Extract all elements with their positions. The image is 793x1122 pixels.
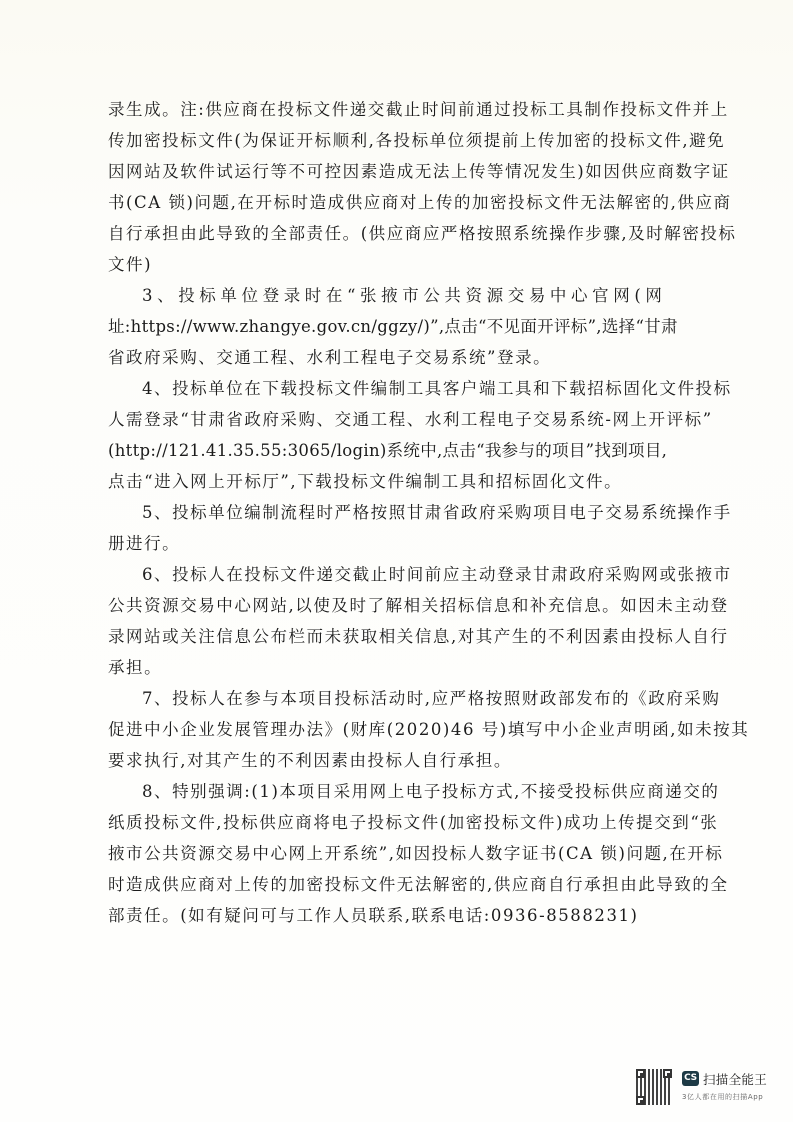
camscanner-watermark: CS 扫描全能王 3亿人都在用的扫描App: [634, 1067, 784, 1109]
text-line: 8、特别强调:(1)本项目采用网上电子投标方式,不接受投标供应商递交的: [108, 776, 634, 807]
text-line: 文件): [108, 249, 634, 280]
paragraph-item-4: 4、投标单位在下载投标文件编制工具客户端工具和下载招标固化文件投标 人需登录“甘…: [108, 373, 634, 497]
text-line: 部责任。(如有疑问可与工作人员联系,联系电话:0936-8588231): [108, 900, 634, 931]
paragraph-item-7: 7、投标人在参与本项目投标活动时,应严格按照财政部发布的《政府采购 促进中小企业…: [108, 683, 634, 776]
paragraph-item-5: 5、投标单位编制流程时严格按照甘肃省政府采购项目电子交易系统操作手 册进行。: [108, 497, 634, 559]
text-line: 4、投标单位在下载投标文件编制工具客户端工具和下载招标固化文件投标: [108, 373, 634, 404]
paragraph-continuation: 录生成。注:供应商在投标文件递交截止时间前通过投标工具制作投标文件并上 传加密投…: [108, 94, 634, 280]
scanned-document-page: 录生成。注:供应商在投标文件递交截止时间前通过投标工具制作投标文件并上 传加密投…: [0, 0, 793, 1122]
text-line: 要求执行,对其产生的不利因素由投标人自行承担。: [108, 745, 634, 776]
text-line: 录生成。注:供应商在投标文件递交截止时间前通过投标工具制作投标文件并上: [108, 94, 634, 125]
text-line: 传加密投标文件(为保证开标顺利,各投标单位须提前上传加密的投标文件,避免: [108, 125, 634, 156]
text-line: 册进行。: [108, 528, 634, 559]
brand-name: 扫描全能王: [703, 1070, 767, 1088]
text-line: 录网站或关注信息公布栏而未获取相关信息,对其产生的不利因素由投标人自行: [108, 621, 634, 652]
brand-tagline: 3亿人都在用的扫描App: [682, 1092, 763, 1102]
text-line: 书(CA 锁)问题,在开标时造成供应商对上传的加密投标文件无法解密的,供应商: [108, 187, 634, 218]
text-line: 因网站及软件试运行等不可控因素造成无法上传等情况发生)如因供应商数字证: [108, 156, 634, 187]
text-line: 公共资源交易中心网站,以使及时了解相关招标信息和补充信息。如因未主动登: [108, 590, 634, 621]
text-line: 6、投标人在投标文件递交截止时间前应主动登录甘肃政府采购网或张掖市: [108, 559, 634, 590]
text-line: 掖市公共资源交易中心网上开系统”,如因投标人数字证书(CA 锁)问题,在开标: [108, 838, 634, 869]
qr-code-icon: [636, 1069, 672, 1105]
paragraph-item-8: 8、特别强调:(1)本项目采用网上电子投标方式,不接受投标供应商递交的 纸质投标…: [108, 776, 634, 931]
text-line: 自行承担由此导致的全部责任。(供应商应严格按照系统操作步骤,及时解密投标: [108, 218, 634, 249]
document-body: 录生成。注:供应商在投标文件递交截止时间前通过投标工具制作投标文件并上 传加密投…: [108, 94, 634, 931]
text-line: 7、投标人在参与本项目投标活动时,应严格按照财政部发布的《政府采购: [108, 683, 634, 714]
text-line: 点击“进入网上开标厅”,下载投标文件编制工具和招标固化文件。: [108, 466, 634, 497]
text-line: 3、投标单位登录时在“张掖市公共资源交易中心官网(网: [108, 280, 634, 311]
text-line: 人需登录“甘肃省政府采购、交通工程、水利工程电子交易系统-网上开评标”: [108, 404, 634, 435]
text-line: 促进中小企业发展管理办法》(财库(2020)46 号)填写中小企业声明函,如未按…: [108, 714, 634, 745]
text-line-with-url: (http://121.41.35.55:3065/login)系统中,点击“我…: [108, 435, 634, 466]
cs-logo-icon: CS: [682, 1071, 699, 1086]
paragraph-item-3: 3、投标单位登录时在“张掖市公共资源交易中心官网(网 址:https://www…: [108, 280, 634, 373]
text-line: 纸质投标文件,投标供应商将电子投标文件(加密投标文件)成功上传提交到“张: [108, 807, 634, 838]
text-line: 承担。: [108, 652, 634, 683]
text-line: 5、投标单位编制流程时严格按照甘肃省政府采购项目电子交易系统操作手: [108, 497, 634, 528]
paragraph-item-6: 6、投标人在投标文件递交截止时间前应主动登录甘肃政府采购网或张掖市 公共资源交易…: [108, 559, 634, 683]
text-line: 省政府采购、交通工程、水利工程电子交易系统”登录。: [108, 342, 634, 373]
text-line-with-url: 址:https://www.zhangye.gov.cn/ggzy/)”,点击“…: [108, 311, 634, 342]
text-line: 时造成供应商对上传的加密投标文件无法解密的,供应商自行承担由此导致的全: [108, 869, 634, 900]
